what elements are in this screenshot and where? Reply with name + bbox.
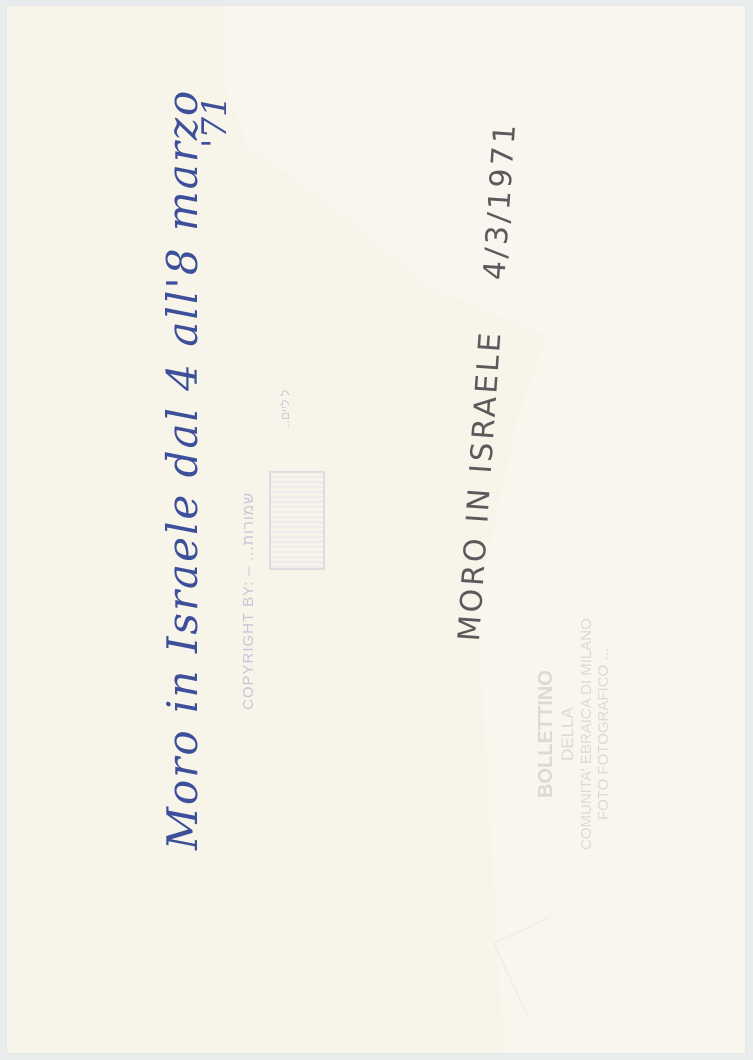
- bollettino-title: BOLLETTINO: [535, 618, 558, 850]
- bollettino-foto: FOTO FOTOGRAFICO ...: [595, 618, 612, 850]
- copyright-stamp: COPYRIGHT BY: – ...שמורות: [240, 492, 257, 710]
- photo-back-sheet: [7, 6, 745, 1053]
- hebrew-stamp-text: ...ל ליים: [278, 390, 292, 430]
- handwritten-ink-year: '71: [195, 95, 235, 148]
- bollettino-della: DELLA: [558, 618, 578, 850]
- photographer-stamp-emblem: [269, 471, 325, 570]
- bollettino-stamp: BOLLETTINO DELLA COMUNITA' EBRAICA DI MI…: [535, 618, 612, 850]
- bollettino-community: COMUNITA' EBRAICA DI MILANO: [578, 618, 595, 850]
- handwritten-ink-caption: Moro in Israele dal 4 all'8 marzo: [158, 89, 207, 850]
